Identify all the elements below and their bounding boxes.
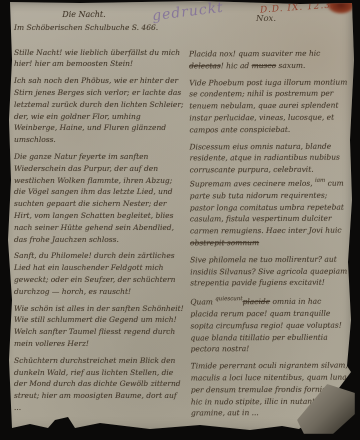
latin-column-title: Nox. (256, 14, 276, 24)
interlinear-insertion: quiescunt (215, 296, 242, 302)
german-paragraph: Die ganze Natur feyerte im sanften Wiede… (14, 151, 186, 245)
struck-word: placide (243, 297, 271, 306)
german-paragraph: Stille Nacht! wie lieblich überfällst du… (14, 47, 186, 71)
latin-paragraph: Discessum eius omnis natura, blande resi… (190, 140, 351, 249)
latin-paragraph: Sive philomela ne tuo mollirentur? aut i… (190, 253, 350, 289)
latin-paragraph: Placida nox! quam suaviter me hic delect… (189, 48, 349, 72)
interlinear-insertion: iam (315, 178, 325, 184)
latin-text: saxum. (276, 61, 305, 70)
latin-text: ! hic ad (221, 61, 252, 70)
latin-text: Quam (190, 297, 215, 306)
latin-text: Placida nox! quam suaviter me hic (189, 49, 320, 59)
struck-word: musco (252, 61, 277, 70)
page-title: Die Nacht. (24, 9, 144, 21)
german-paragraph: Wie schön ist alles in der sanften Schön… (14, 303, 186, 350)
german-paragraph: Ich sah noch den Phöbus, wie er hinter d… (14, 75, 186, 146)
page-subtitle: Im Schöberischen Schulbuche S. 466. (14, 22, 186, 34)
struck-word: delectas (189, 61, 221, 70)
scan-background: gedruckt D.D. IX. 12.3. Nox. Die Nacht. … (0, 0, 360, 440)
struck-word: obstrepit somnum (190, 238, 259, 247)
manuscript-page: gedruckt D.D. IX. 12.3. Nox. Die Nacht. … (0, 0, 360, 440)
german-paragraph: Schüchtern durchstreichet mein Blick den… (14, 355, 186, 414)
german-paragraph: Sanft, du Philomele! durch dein zärtlich… (14, 250, 186, 297)
latin-paragraph: Vide Phoebum post iuga illorum montium s… (189, 76, 349, 136)
latin-column: Placida nox! quam suaviter me hic delect… (189, 48, 351, 425)
german-column: Die Nacht. Im Schöberischen Schulbuche S… (14, 9, 186, 419)
latin-paragraph: Quam quiescuntplacide omnia in hac placi… (190, 294, 350, 356)
